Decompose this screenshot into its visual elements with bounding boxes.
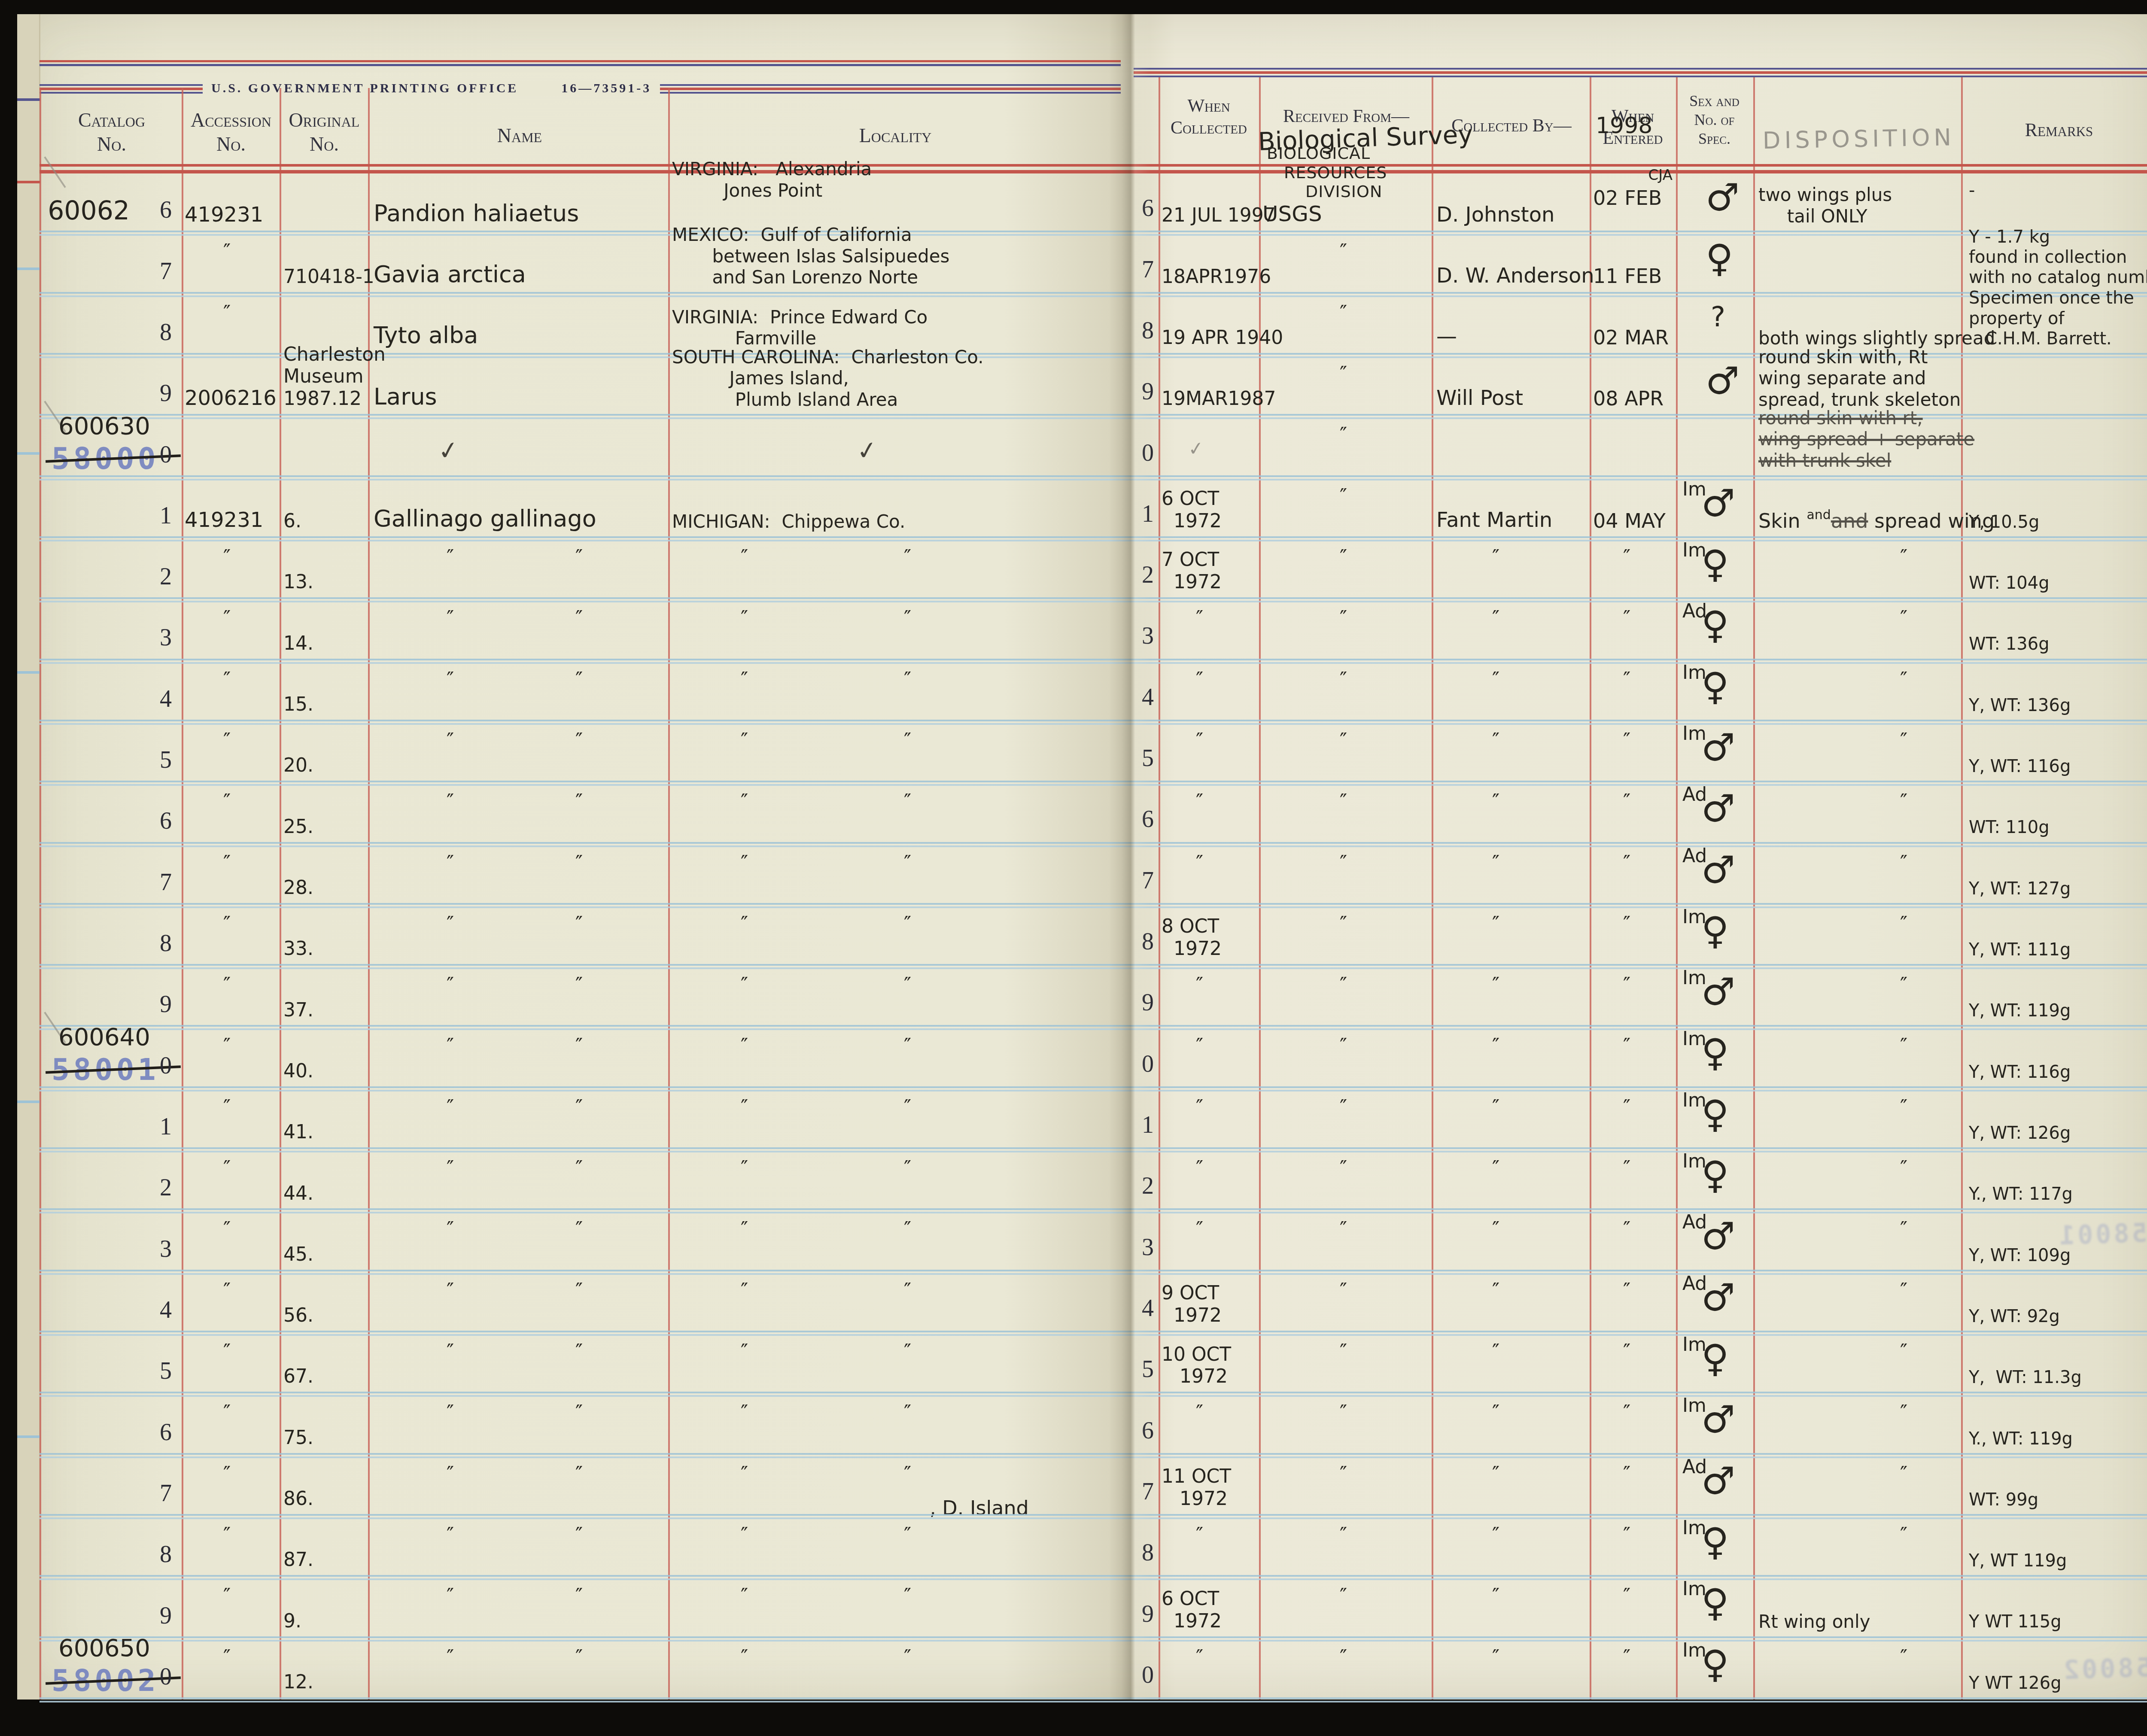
catalog-last-digit: 9	[1142, 377, 1154, 406]
page-digit-cell: 4	[1123, 1272, 1156, 1333]
when-entered-ditto-mark: ″	[1623, 1523, 1630, 1546]
catalog-no-cell: 9	[47, 355, 173, 416]
ledger-row: 600640580010″40.″″″″0″″″″Im♀″Y, WT: 116g	[40, 1027, 2147, 1088]
sex-cell: Im♂	[1679, 1394, 1754, 1455]
original-no-cell: 45.	[283, 1210, 367, 1271]
page-digit-cell: 2	[1123, 1149, 1156, 1210]
when-collected-cell: ✓	[1162, 416, 1258, 477]
catalog-no-cell: 1	[47, 1088, 173, 1149]
when-entered-cell: ″	[1593, 966, 1673, 1027]
catalog-last-digit: 0	[160, 1663, 172, 1691]
locality-ditto-mark: ″	[904, 1279, 911, 1302]
locality-cell: ″″	[672, 966, 1119, 1027]
when-collected-cell: 6 OCT 1972	[1162, 477, 1258, 538]
name-ditto-mark: ″	[447, 1217, 454, 1240]
disposition-ditto-mark: ″	[1900, 1034, 1907, 1057]
catalog-stamp-line: 58000	[52, 441, 159, 477]
sex-symbol: ♂	[1706, 362, 1739, 400]
collected-by-cell: ″	[1436, 599, 1589, 660]
name-ditto-mark: ″	[447, 1095, 454, 1119]
disposition-cell: ″	[1758, 905, 1960, 966]
original-number: 20.	[283, 754, 313, 777]
original-number: 1987.12	[283, 388, 362, 410]
sex-symbol: ♀	[1701, 1645, 1729, 1683]
locality-ditto-mark: ″	[904, 1217, 911, 1240]
remark-line: Y, WT: 111g	[1969, 940, 2071, 960]
ledger-row: 8″87.″″″″8″″″″Im♀″Y, WT 119g	[40, 1516, 2147, 1577]
disposition-cell: ″	[1758, 783, 1960, 844]
name-ditto-mark: ″	[447, 545, 454, 569]
ledger-row: 5″67.″″″″510 OCT 1972″″″Im♀″Y, WT: 11.3g	[40, 1333, 2147, 1394]
disposition-cell	[1758, 233, 1960, 294]
original-number: 45.	[283, 1243, 313, 1266]
disposition-cell: both wings slightly spread	[1758, 294, 1960, 355]
accession-ditto-mark: ″	[223, 1401, 231, 1424]
collected-by-ditto-mark: ″	[1492, 1340, 1499, 1363]
catalog-last-digit: 9	[160, 379, 172, 407]
locality-cell: MICHIGAN: Chippewa Co.	[672, 477, 1119, 538]
sex-symbol: ♂	[1701, 851, 1735, 889]
catalog-no-cell: 3	[47, 599, 173, 660]
ledger-row: 5″20.″″″″5″″″″Im♂″Y, WT: 116g	[40, 722, 2147, 783]
catalog-no-cell: 2	[47, 538, 173, 599]
received-from-cell: ″	[1262, 783, 1430, 844]
collected-by-cell: D. W. Anderson	[1436, 233, 1589, 294]
sex-symbol: ♂	[1701, 973, 1735, 1011]
collector-name: Fant Martin	[1436, 508, 1552, 532]
when-collected-cell: 19MAR1987	[1162, 355, 1258, 416]
name-ditto-mark: ″	[447, 1279, 454, 1302]
when-collected-date: 9 OCT	[1162, 1282, 1219, 1304]
original-no-cell: 710418-1	[283, 233, 367, 294]
when-collected-cell: ″	[1162, 1149, 1258, 1210]
collected-by-ditto-mark: ″	[1492, 1584, 1499, 1607]
accession-ditto-mark: ″	[223, 790, 231, 813]
collected-by-ditto-mark: ″	[1492, 912, 1499, 935]
edge-tick	[17, 1435, 40, 1438]
name-cell: ″″	[374, 1333, 666, 1394]
locality-ditto-mark: ″	[741, 1401, 748, 1424]
catalog-last-digit: 0	[160, 1052, 172, 1080]
when-collected-cell: 11 OCT 1972	[1162, 1455, 1258, 1516]
received-from-ditto-mark: ″	[1340, 545, 1347, 569]
when-entered-cell: ″	[1593, 538, 1673, 599]
when-collected-date: 1972	[1162, 1488, 1228, 1510]
locality-ditto-mark: ″	[904, 606, 911, 629]
locality-ditto-mark: ″	[741, 1523, 748, 1546]
sex-cell: ♂	[1679, 355, 1754, 416]
received-from-line: DIVISION	[1305, 182, 1382, 201]
catalog-stamp-line: 58002	[52, 1663, 159, 1699]
collector-name: D. Johnston	[1436, 203, 1554, 227]
when-collected-cell: 19 APR 1940	[1162, 294, 1258, 355]
locality-ditto-mark: ″	[741, 1645, 748, 1669]
top-rule-right-page	[1134, 68, 2147, 77]
locality-cell: ″″	[672, 1577, 1119, 1638]
page-digit-cell: 3	[1123, 599, 1156, 660]
when-collected-cell: 8 OCT 1972	[1162, 905, 1258, 966]
remark-line: with no catalog number	[1969, 268, 2147, 288]
page-digit-cell: 8	[1123, 905, 1156, 966]
remarks-cell: Y WT 126g	[1969, 1639, 2147, 1700]
collector-name: —	[1436, 325, 1457, 349]
disposition-cell: Skin andand spread wing	[1758, 477, 1960, 538]
collected-by-ditto-mark: ″	[1492, 1217, 1499, 1240]
when-collected-date: 1972	[1162, 1610, 1222, 1633]
when-entered-cell: ″	[1593, 1210, 1673, 1271]
original-number: 67.	[283, 1365, 313, 1388]
accession-no-cell: 419231	[185, 477, 277, 538]
received-from-cell: ″	[1262, 1272, 1430, 1333]
disposition-line: wing separate and	[1758, 368, 1926, 389]
disposition-ditto-mark: ″	[1900, 1095, 1907, 1119]
name-cell: ″″	[374, 538, 666, 599]
catalog-last-digit: 0	[1142, 1661, 1154, 1689]
ledger-row: 6″25.″″″″6″″″″Ad♂″WT: 110g	[40, 783, 2147, 844]
original-no-cell: 9.	[283, 1577, 367, 1638]
original-no-cell: 41.	[283, 1088, 367, 1149]
sex-cell: Im♀	[1679, 1027, 1754, 1088]
when-entered-ditto-mark: ″	[1623, 1279, 1630, 1302]
original-number: 75.	[283, 1427, 313, 1449]
page-digit-cell: 7	[1123, 1455, 1156, 1516]
sex-symbol: ♀	[1701, 1523, 1729, 1561]
cataloger-initials: CJA	[1648, 167, 1673, 184]
ledger-row: 9″9.″″″″96 OCT 1972″″″Im♀Rt wing onlyY W…	[40, 1577, 2147, 1638]
catalog-last-digit: 9	[160, 990, 172, 1018]
edge-tick	[17, 181, 40, 183]
received-from-ditto-mark: ″	[1340, 729, 1347, 752]
collected-by-ditto-mark: ″	[1492, 1156, 1499, 1180]
name-ditto-mark: ″	[447, 790, 454, 813]
original-no-cell: 75.	[283, 1394, 367, 1455]
locality-ditto-mark: ″	[904, 790, 911, 813]
original-number: 15.	[283, 693, 313, 716]
name-ditto-mark: ″	[447, 1156, 454, 1180]
catalog-last-digit: 8	[1142, 316, 1154, 345]
disposition-line: tail ONLY	[1758, 206, 1867, 227]
locality-ditto-mark: ″	[904, 1523, 911, 1546]
disposition-ditto-mark: ″	[1900, 668, 1907, 691]
original-no-cell: 44.	[283, 1149, 367, 1210]
page-digit-cell: 7	[1123, 233, 1156, 294]
name-cell: ″″	[374, 1149, 666, 1210]
name-cell: ″″	[374, 966, 666, 1027]
disposition-ditto-mark: ″	[1900, 1462, 1907, 1485]
when-entered-cell: 04 MAY	[1593, 477, 1673, 538]
ledger-scan: U.S. GOVERNMENT PRINTING OFFICE 16—73591…	[0, 0, 2147, 1736]
received-from-cell: ″	[1262, 538, 1430, 599]
received-from-ditto-mark: ″	[1340, 1462, 1347, 1485]
species-name: Gallinago gallinago	[374, 505, 596, 532]
header-when-collected: When Collected	[1159, 95, 1258, 139]
accession-ditto-mark: ″	[223, 606, 231, 629]
collected-by-ditto-mark: ″	[1492, 1401, 1499, 1424]
ledger-row: 3″45.″″″″3″″″″Ad♂″Y, WT: 109g	[40, 1210, 2147, 1271]
catalog-last-digit: 2	[1142, 1172, 1154, 1200]
catalog-last-digit: 8	[1142, 1538, 1154, 1567]
received-from-ditto-mark: ″	[1340, 301, 1347, 324]
when-collected-date: 8 OCT	[1162, 915, 1219, 938]
when-collected-cell: 9 OCT 1972	[1162, 1272, 1258, 1333]
accession-ditto-mark: ″	[223, 668, 231, 691]
sex-cell: Ad♂	[1679, 1455, 1754, 1516]
collected-by-cell: Will Post	[1436, 355, 1589, 416]
catalog-last-digit: 0	[1142, 439, 1154, 467]
remarks-cell: WT: 136g	[1969, 599, 2147, 660]
when-entered-ditto-mark: ″	[1623, 1217, 1630, 1240]
when-collected-ditto-mark: ″	[1196, 1095, 1203, 1119]
page-digit-cell: 6	[1123, 1394, 1156, 1455]
name-cell: ″″	[374, 783, 666, 844]
original-no-cell: 12.	[283, 1639, 367, 1700]
name-ditto-mark: ″	[447, 1645, 454, 1669]
ledger-row: 92006216CharlestonMuseum1987.12LarusSOUT…	[40, 355, 2147, 416]
accession-ditto-mark: ″	[223, 729, 231, 752]
received-from-ditto-mark: ″	[1340, 1645, 1347, 1669]
catalog-no-cell: 7	[47, 1455, 173, 1516]
remark-line: Y, WT: 119g	[1969, 1001, 2071, 1021]
when-entered-cell: ″	[1593, 661, 1673, 722]
original-number: 37.	[283, 999, 313, 1022]
locality-cell: ✓	[672, 416, 1119, 477]
accession-ditto-mark: ″	[223, 301, 231, 324]
locality-cell: ″″	[672, 1516, 1119, 1577]
locality-cell: MEXICO: Gulf of California between Islas…	[672, 233, 1119, 294]
catalog-last-digit: 1	[1142, 500, 1154, 528]
when-entered-ditto-mark: ″	[1623, 545, 1630, 569]
when-collected-pencil-check: ✓	[1187, 437, 1205, 461]
received-from-cell: ″	[1262, 1639, 1430, 1700]
collected-by-ditto-mark: ″	[1492, 1034, 1499, 1057]
page-digit-cell: 6	[1123, 783, 1156, 844]
accession-no-cell: ″	[185, 1210, 277, 1271]
accession-no-cell: ″	[185, 599, 277, 660]
disposition-ditto-mark: ″	[1900, 729, 1907, 752]
disposition-cell: ″	[1758, 844, 1960, 905]
sex-symbol: ♂	[1701, 1217, 1735, 1255]
disposition-cell: ″	[1758, 661, 1960, 722]
species-name: Gavia arctica	[374, 261, 526, 288]
sex-symbol: ♀	[1701, 1095, 1729, 1133]
printer-imprint: U.S. GOVERNMENT PRINTING OFFICE 16—73591…	[203, 81, 660, 96]
when-entered-cell: ″	[1593, 1272, 1673, 1333]
header-original-no: Original No.	[281, 108, 367, 156]
locality-ditto-mark: ″	[741, 1095, 748, 1119]
locality-line: Jones Point	[672, 180, 822, 201]
when-collected-cell: ″	[1162, 783, 1258, 844]
name-ditto-mark: ″	[575, 1095, 583, 1119]
accession-no-cell: ″	[185, 233, 277, 294]
catalog-last-digit: 9	[160, 1602, 172, 1630]
original-number: 33.	[283, 938, 313, 960]
name-cell: Gavia arctica	[374, 233, 666, 294]
original-no-cell: 56.	[283, 1272, 367, 1333]
locality-ditto-mark: ″	[741, 1279, 748, 1302]
disposition-ditto-mark: ″	[1900, 606, 1907, 629]
catalog-no-cell: 6	[47, 783, 173, 844]
catalog-number-handwritten: 600630	[58, 412, 150, 441]
catalog-last-digit: 6	[160, 196, 172, 224]
original-number: 25.	[283, 816, 313, 838]
catalog-last-digit: 5	[160, 1357, 172, 1385]
catalog-last-digit: 0	[1142, 1050, 1154, 1078]
locality-line: SOUTH CAROLINA: Charleston Co.	[672, 347, 984, 368]
original-no-cell: 15.	[283, 661, 367, 722]
when-collected-date: 7 OCT	[1162, 549, 1219, 571]
sex-cell: Im♂	[1679, 722, 1754, 783]
catalog-last-digit: 8	[160, 318, 172, 347]
ledger-row: 4″56.″″″″49 OCT 1972″″″Ad♂″Y, WT: 92g	[40, 1272, 2147, 1333]
locality-cell: SOUTH CAROLINA: Charleston Co. James Isl…	[672, 355, 1119, 416]
when-collected-date: 1972	[1162, 571, 1222, 593]
when-entered-cell: 08 APR	[1593, 355, 1673, 416]
when-collected-cell: ″	[1162, 1088, 1258, 1149]
sex-cell: Ad♂	[1679, 1272, 1754, 1333]
disposition-ditto-mark: ″	[1900, 912, 1907, 935]
catalog-no-cell: 4	[47, 1272, 173, 1333]
accession-no-cell: 419231	[185, 172, 277, 233]
name-ditto-mark: ″	[447, 973, 454, 996]
species-name: Pandion haliaetus	[374, 200, 579, 227]
received-from-ditto-mark: ″	[1340, 1034, 1347, 1057]
locality-line: James Island,	[672, 368, 849, 389]
name-ditto-mark: ″	[575, 606, 583, 629]
name-cell: Pandion haliaetus	[374, 172, 666, 233]
disposition-line: round skin with rt,	[1758, 407, 1923, 429]
when-entered-ditto-mark: ″	[1623, 790, 1630, 813]
ledger-row: 8″33.″″″″88 OCT 1972″″″Im♀″Y, WT: 111g	[40, 905, 2147, 966]
locality-ditto-mark: ″	[904, 545, 911, 569]
original-number: Charleston	[283, 344, 386, 366]
locality-cell: ″″	[672, 905, 1119, 966]
catalog-last-digit: 1	[160, 502, 172, 530]
collected-by-cell: ″	[1436, 1333, 1589, 1394]
remarks-cell: -	[1969, 146, 2147, 207]
name-cell: ″″	[374, 1272, 666, 1333]
locality-cell: ″″	[672, 1272, 1119, 1333]
when-entered-date: 02 FEB	[1593, 186, 1662, 210]
when-entered-cell: ″	[1593, 1333, 1673, 1394]
when-entered-date: 02 MAR	[1593, 326, 1669, 349]
disposition-line: with trunk skel	[1758, 450, 1891, 471]
accession-no-cell: ″	[185, 905, 277, 966]
when-collected-ditto-mark: ″	[1196, 668, 1203, 691]
sex-symbol: ♂	[1701, 729, 1735, 766]
name-ditto-mark: ″	[575, 1340, 583, 1363]
catalog-no-cell: 4	[47, 661, 173, 722]
catalog-last-digit: 6	[1142, 194, 1154, 222]
remarks-cell: Y WT 115g	[1969, 1577, 2147, 1638]
catalog-last-digit: 0	[160, 441, 172, 469]
when-entered-date: 04 MAY	[1593, 509, 1666, 532]
original-number: 6.	[283, 510, 301, 532]
catalog-last-digit: 8	[160, 1540, 172, 1569]
disposition-ditto-mark: ″	[1900, 790, 1907, 813]
original-number: 710418-1	[283, 266, 374, 288]
name-ditto-mark: ″	[575, 1217, 583, 1240]
original-no-cell: 14.	[283, 599, 367, 660]
catalog-last-digit: 7	[160, 257, 172, 286]
accession-ditto-mark: ″	[223, 240, 231, 263]
locality-ditto-mark: ″	[741, 668, 748, 691]
top-rule-left-page	[40, 60, 1121, 66]
catalog-last-digit: 7	[1142, 1478, 1154, 1506]
when-collected-date: 10 OCT	[1162, 1344, 1231, 1366]
accession-ditto-mark: ″	[223, 1462, 231, 1485]
name-ditto-mark: ″	[575, 1584, 583, 1607]
collected-by-ditto-mark: ″	[1492, 1645, 1499, 1669]
when-entered-date: 11 FEB	[1593, 265, 1662, 288]
page-digit-cell: 2	[1123, 538, 1156, 599]
when-collected-ditto-mark: ″	[1196, 1217, 1203, 1240]
remarks-cell: Specimen once theproperty of C.H.M. Barr…	[1969, 294, 2147, 355]
received-from-ditto-mark: ″	[1340, 606, 1347, 629]
remark-line: Y - 1.7 kg	[1969, 227, 2050, 247]
name-cell: ″″	[374, 844, 666, 905]
header-name: Name	[374, 124, 666, 148]
disposition-ditto-mark: ″	[1900, 1156, 1907, 1180]
original-number: Museum	[283, 365, 364, 388]
name-cell: ″″	[374, 599, 666, 660]
accession-no-cell: ″	[185, 966, 277, 1027]
disposition-pencil-header: DISPOSITION	[1762, 124, 1955, 154]
received-from-ditto-mark: ″	[1340, 1279, 1347, 1302]
accession-number: 419231	[185, 203, 263, 227]
original-no-cell: 6.	[283, 477, 367, 538]
catalog-last-digit: 3	[160, 1235, 172, 1263]
remark-line: WT: 99g	[1969, 1490, 2038, 1510]
disposition-cell: ″	[1758, 1394, 1960, 1455]
collected-by-ditto-mark: ″	[1492, 606, 1499, 629]
catalog-last-digit: 1	[1142, 1111, 1154, 1139]
catalog-last-digit: 2	[160, 562, 172, 591]
name-ditto-mark: ″	[447, 912, 454, 935]
locality-line: MICHIGAN: Chippewa Co.	[672, 511, 905, 532]
name-cell: ″″	[374, 1577, 666, 1638]
remark-line: C.H.M. Barrett.	[1969, 329, 2112, 349]
name-cell: ″″	[374, 1639, 666, 1700]
name-ditto-mark: ″	[575, 1279, 583, 1302]
accession-no-cell: ″	[185, 1149, 277, 1210]
received-from-cell: ″	[1262, 844, 1430, 905]
accession-no-cell: ″	[185, 661, 277, 722]
received-from-cell: ″	[1262, 1577, 1430, 1638]
when-entered-ditto-mark: ″	[1623, 1401, 1630, 1424]
catalog-no-cell: 8	[47, 1516, 173, 1577]
when-entered-ditto-mark: ″	[1623, 1034, 1630, 1057]
disposition-line: Rt wing only	[1758, 1611, 1870, 1633]
catalog-no-cell: 6	[47, 1394, 173, 1455]
remark-line: Y., WT: 117g	[1969, 1184, 2073, 1204]
name-ditto-mark: ″	[575, 1523, 583, 1546]
remark-line: Y, WT: 92g	[1969, 1307, 2060, 1327]
accession-no-cell: ″	[185, 1027, 277, 1088]
when-entered-cell: ″	[1593, 1455, 1673, 1516]
name-ditto-mark: ″	[575, 790, 583, 813]
remarks-cell: Y, WT: 111g	[1969, 905, 2147, 966]
when-entered-cell: 02 MAR	[1593, 294, 1673, 355]
header-locality: Locality	[670, 124, 1121, 148]
collected-by-cell	[1436, 416, 1589, 477]
when-collected-date: 6 OCT	[1162, 1588, 1219, 1610]
locality-cell: ″″	[672, 661, 1119, 722]
locality-ditto-mark: ″	[741, 545, 748, 569]
collected-by-cell: D. Johnston	[1436, 172, 1589, 233]
edge-tick	[17, 671, 40, 674]
received-from-cell: ″	[1262, 1149, 1430, 1210]
received-from-ditto-mark: ″	[1340, 1217, 1347, 1240]
